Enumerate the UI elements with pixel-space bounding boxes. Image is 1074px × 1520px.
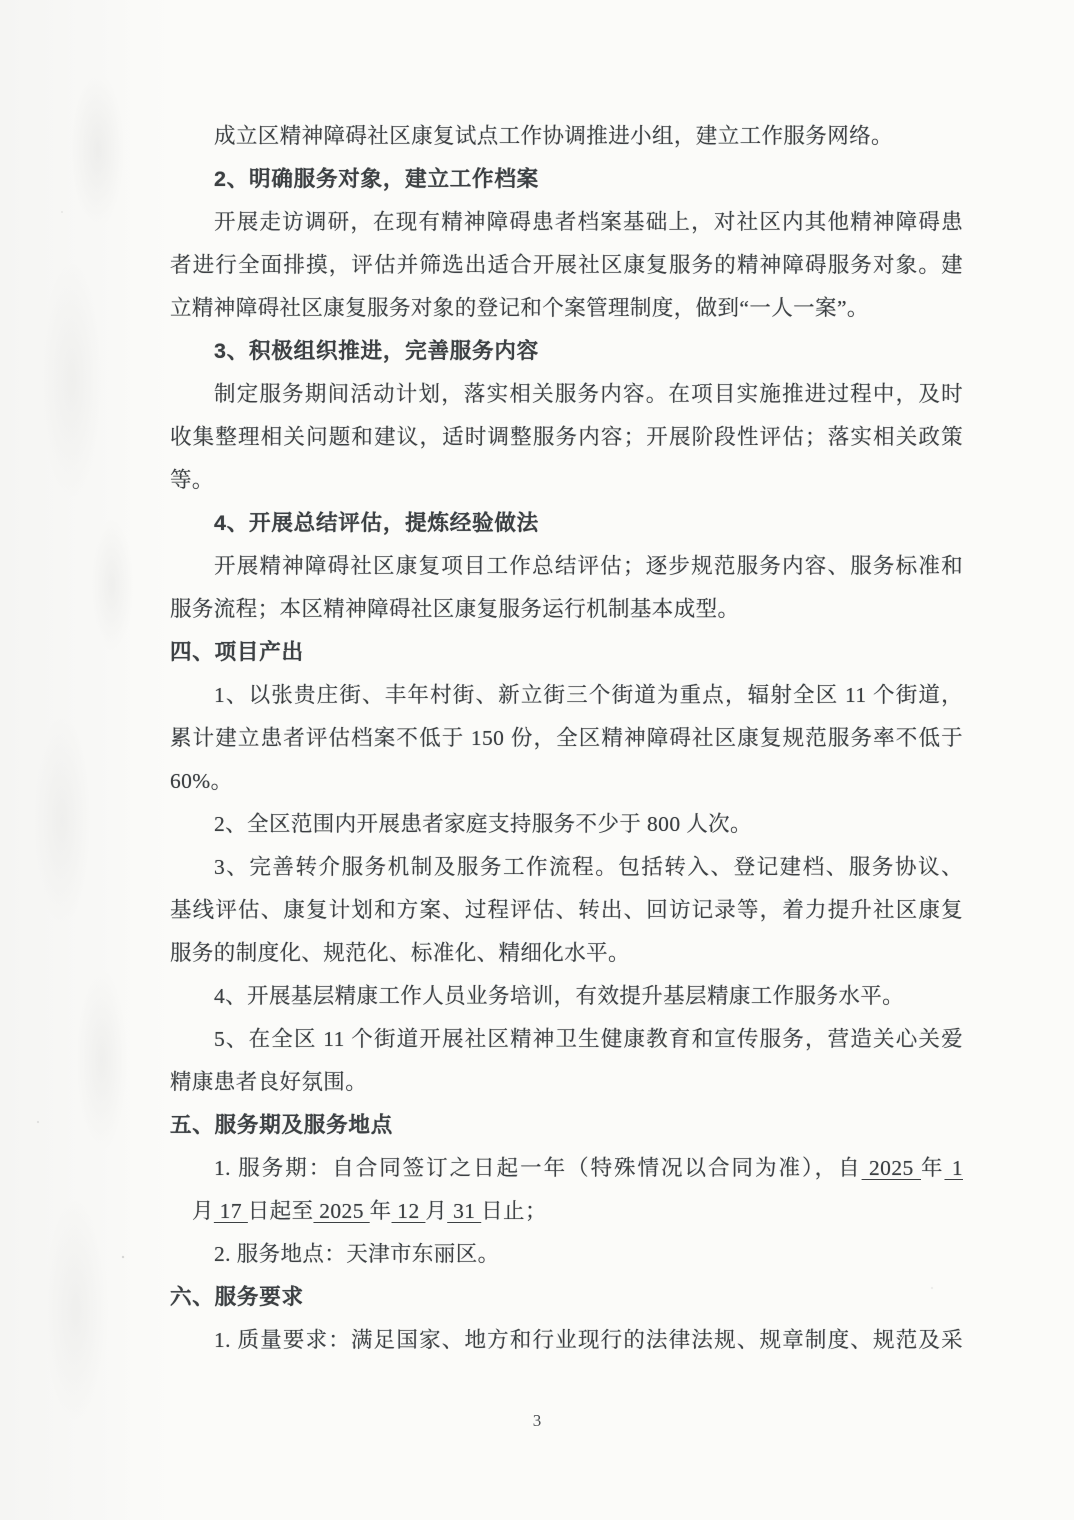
- heading-line: 4、开展总结评估，提炼经验做法: [170, 502, 963, 545]
- document-body: 成立区精神障碍社区康复试点工作协调推进小组，建立工作服务网络。2、明确服务对象，…: [170, 115, 963, 1362]
- heading-line: 3、积极组织推进，完善服务内容: [170, 330, 963, 373]
- text-line: 3、完善转介服务机制及服务工作流程。包括转入、登记建档、服务协议、: [170, 846, 963, 889]
- page-number: 3: [0, 1408, 1074, 1434]
- text-line: 基线评估、康复计划和方案、过程评估、转出、回访记录等，着力提升社区康复: [170, 889, 963, 932]
- heading-line: 六、服务要求: [170, 1276, 963, 1319]
- text-segment: 日起至: [248, 1199, 314, 1223]
- text-line: 4、开展基层精康工作人员业务培训，有效提升基层精康工作服务水平。: [170, 975, 963, 1018]
- text-line: 60%。: [170, 760, 963, 803]
- text-line: 1. 服务期：自合同签订之日起一年（特殊情况以合同为准），自 2025 年 1: [170, 1147, 963, 1190]
- text-segment: 年: [370, 1199, 392, 1223]
- underlined-fill-in-value: 31: [447, 1199, 481, 1223]
- text-line: 2、全区范围内开展患者家庭支持服务不少于 800 人次。: [170, 803, 963, 846]
- text-segment: 年: [921, 1156, 945, 1180]
- text-segment: 日止；: [481, 1199, 547, 1223]
- text-line: 2. 服务地点：天津市东丽区。: [170, 1233, 963, 1276]
- document-page: 成立区精神障碍社区康复试点工作协调推进小组，建立工作服务网络。2、明确服务对象，…: [0, 0, 1074, 1520]
- text-line: 开展精神障碍社区康复项目工作总结评估；逐步规范服务内容、服务标准和: [170, 545, 963, 588]
- text-line: 1、以张贵庄街、丰年村街、新立街三个街道为重点，辐射全区 11 个街道，: [170, 674, 963, 717]
- text-line: 精康患者良好氛围。: [170, 1061, 963, 1104]
- underlined-fill-in-value: 2025: [313, 1199, 369, 1223]
- heading-line: 2、明确服务对象，建立工作档案: [170, 158, 963, 201]
- text-line: 服务的制度化、规范化、标准化、精细化水平。: [170, 932, 963, 975]
- heading-line: 五、服务期及服务地点: [170, 1104, 963, 1147]
- text-line: 开展走访调研，在现有精神障碍患者档案基础上，对社区内其他精神障碍患: [170, 201, 963, 244]
- text-line: 1. 质量要求：满足国家、地方和行业现行的法律法规、规章制度、规范及采: [170, 1319, 963, 1362]
- text-line: 收集整理相关问题和建议，适时调整服务内容；开展阶段性评估；落实相关政策: [170, 416, 963, 459]
- text-line: 者进行全面排摸，评估并筛选出适合开展社区康复服务的精神障碍服务对象。建: [170, 244, 963, 287]
- underlined-fill-in-value: 17: [214, 1199, 248, 1223]
- text-line: 累计建立患者评估档案不低于 150 份，全区精神障碍社区康复规范服务率不低于: [170, 717, 963, 760]
- text-segment: 月: [425, 1199, 447, 1223]
- underlined-fill-in-value: 12: [392, 1199, 426, 1223]
- text-segment: 1. 服务期：自合同签订之日起一年（特殊情况以合同为准），自: [214, 1156, 862, 1180]
- text-line: 等。: [170, 459, 963, 502]
- text-line: 成立区精神障碍社区康复试点工作协调推进小组，建立工作服务网络。: [170, 115, 963, 158]
- text-line: 服务流程；本区精神障碍社区康复服务运行机制基本成型。: [170, 588, 963, 631]
- text-line: 立精神障碍社区康复服务对象的登记和个案管理制度，做到“一人一案”。: [170, 287, 963, 330]
- heading-line: 四、项目产出: [170, 631, 963, 674]
- underlined-fill-in-value: 1: [944, 1156, 963, 1180]
- text-segment: 月: [192, 1199, 214, 1223]
- text-line: 月 17 日起至 2025 年 12 月 31 日止；: [170, 1190, 963, 1233]
- text-line: 5、在全区 11 个街道开展社区精神卫生健康教育和宣传服务，营造关心关爱: [170, 1018, 963, 1061]
- underlined-fill-in-value: 2025: [862, 1156, 921, 1180]
- text-line: 制定服务期间活动计划，落实相关服务内容。在项目实施推进过程中，及时: [170, 373, 963, 416]
